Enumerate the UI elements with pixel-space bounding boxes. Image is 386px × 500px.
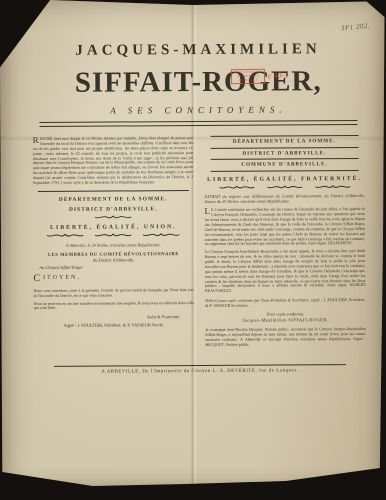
letter-valediction: Salut & Fraternité.: [34, 314, 181, 320]
right-motto: LIBERTÉ, ÉGALITÉ, FRATERNITÉ.: [204, 176, 365, 184]
flourish-ornament: [143, 232, 181, 237]
dropcap-l: L: [205, 208, 211, 215]
left-district-heading: DISTRICT D'ABBEVILLE.: [33, 206, 194, 214]
right-commune-heading: COMMUNE D'ABBEVILLE.: [210, 160, 359, 173]
dropcap-c: C: [33, 275, 42, 283]
flourish-row: [41, 232, 186, 238]
right-column: DÉPARTEMENT DE LA SOMME. DISTRICT D'ABBE…: [204, 135, 366, 351]
letter-paragraph-1: Nous vous remettons, joint à la présente…: [33, 288, 194, 299]
flourish-ornament: [83, 214, 143, 219]
left-department-heading: DÉPARTEMENT DE LA SOMME.: [33, 196, 194, 204]
letter-addressee: Au Citoyen Siffait-Roger.: [33, 264, 194, 270]
beauvarlet-deposition: Le Citoyen François-Jean-Hubert Beauvarl…: [205, 249, 366, 294]
flourish-ornament: [218, 185, 254, 190]
imprint-rule: [54, 364, 346, 367]
two-column-body: RENTRÉ chez moi depuis le 12 Nivôse dern…: [33, 135, 366, 352]
section-rule: [38, 190, 189, 192]
delmartin-deposition-text: E Comité continuant ses recherches sur l…: [205, 206, 366, 246]
siffait-roger-signature: Jacques-Maximilien SIFFAIT-ROGER.: [205, 317, 366, 324]
certification-line: Délivré pour copie conforme par Nous Pré…: [205, 297, 366, 308]
flourish-ornament: [267, 185, 303, 190]
declaration-paragraph: RENTRÉ chez moi depuis le 12 Nivôse dern…: [33, 136, 194, 186]
flourish-row: [41, 214, 186, 220]
printer-imprint-block: A ABBEVILLE, De l'Imprimerie du Citoyen …: [34, 364, 366, 376]
title-block: JACQUES-MAXIMILIEN SIFFAIT-ROGER, A SES …: [32, 41, 365, 127]
handwritten-shelfmark: c 40-1: [268, 70, 289, 80]
letter-dateline: À Abbeville, le 24 Nivôse, troisième ann…: [47, 242, 180, 248]
library-stamp-line3: ABBEVILLE: [232, 78, 264, 82]
handwritten-archive-mark: 3F1 202.: [341, 22, 371, 33]
dropcap-r: R: [33, 137, 39, 144]
flourish-ornament: [46, 233, 84, 238]
notary-attestation: Je soussigné Jean-Nicolas Hecquet, Notai…: [205, 327, 366, 347]
declaration-text: ENTRÉ chez moi depuis le 12 Nivôse derni…: [33, 135, 194, 185]
title-divider-rule: [39, 120, 358, 127]
author-first-names: JACQUES-MAXIMILIEN: [32, 41, 364, 60]
printer-imprint: A ABBEVILLE, De l'Imprimerie du Citoyen …: [34, 368, 366, 375]
flourish-ornament: [94, 232, 132, 237]
extract-caption: EXTRAIT du registre aux délibérations du…: [204, 193, 365, 204]
document-sheet: 3F1 202. JACQUES-MAXIMILIEN SIFFAIT-ROGE…: [0, 0, 386, 500]
committee-signature: Signé : J. POULTIER, Président, & P. VAS…: [34, 322, 195, 328]
flourish-row: [212, 184, 357, 190]
left-column: RENTRÉ chez moi depuis le 12 Nivôse dern…: [33, 136, 195, 328]
right-district-heading: DISTRICT D'ABBEVILLE.: [210, 148, 359, 161]
copy-conform-line: Pour copie conforme,: [205, 311, 366, 317]
dedication-line: A SES CONCITOYENS.: [32, 104, 364, 116]
left-motto: LIBERTÉ, ÉGALITÉ, UNION.: [33, 224, 194, 232]
salutation-text: ITOYEN,: [43, 275, 81, 281]
author-surname: SIFFAIT-ROGER,: [32, 65, 364, 100]
printed-content: JACQUES-MAXIMILIEN SIFFAIT-ROGER, A SES …: [32, 41, 366, 375]
right-department-heading: DÉPARTEMENT DE LA SOMME.: [210, 136, 359, 149]
committee-members-subheading: du District d'Abbeville,: [33, 257, 194, 263]
delmartin-deposition: LE Comité continuant ses recherches sur …: [205, 207, 366, 247]
library-stamp: BIBLIOTHEQUE COMMUNALE ABBEVILLE: [231, 69, 265, 85]
letter-salutation: CITOYEN,: [33, 275, 194, 283]
letter-paragraph-2: Nous ne pouvons en aucune manière recomm…: [34, 301, 195, 312]
flourish-ornament: [315, 184, 351, 189]
